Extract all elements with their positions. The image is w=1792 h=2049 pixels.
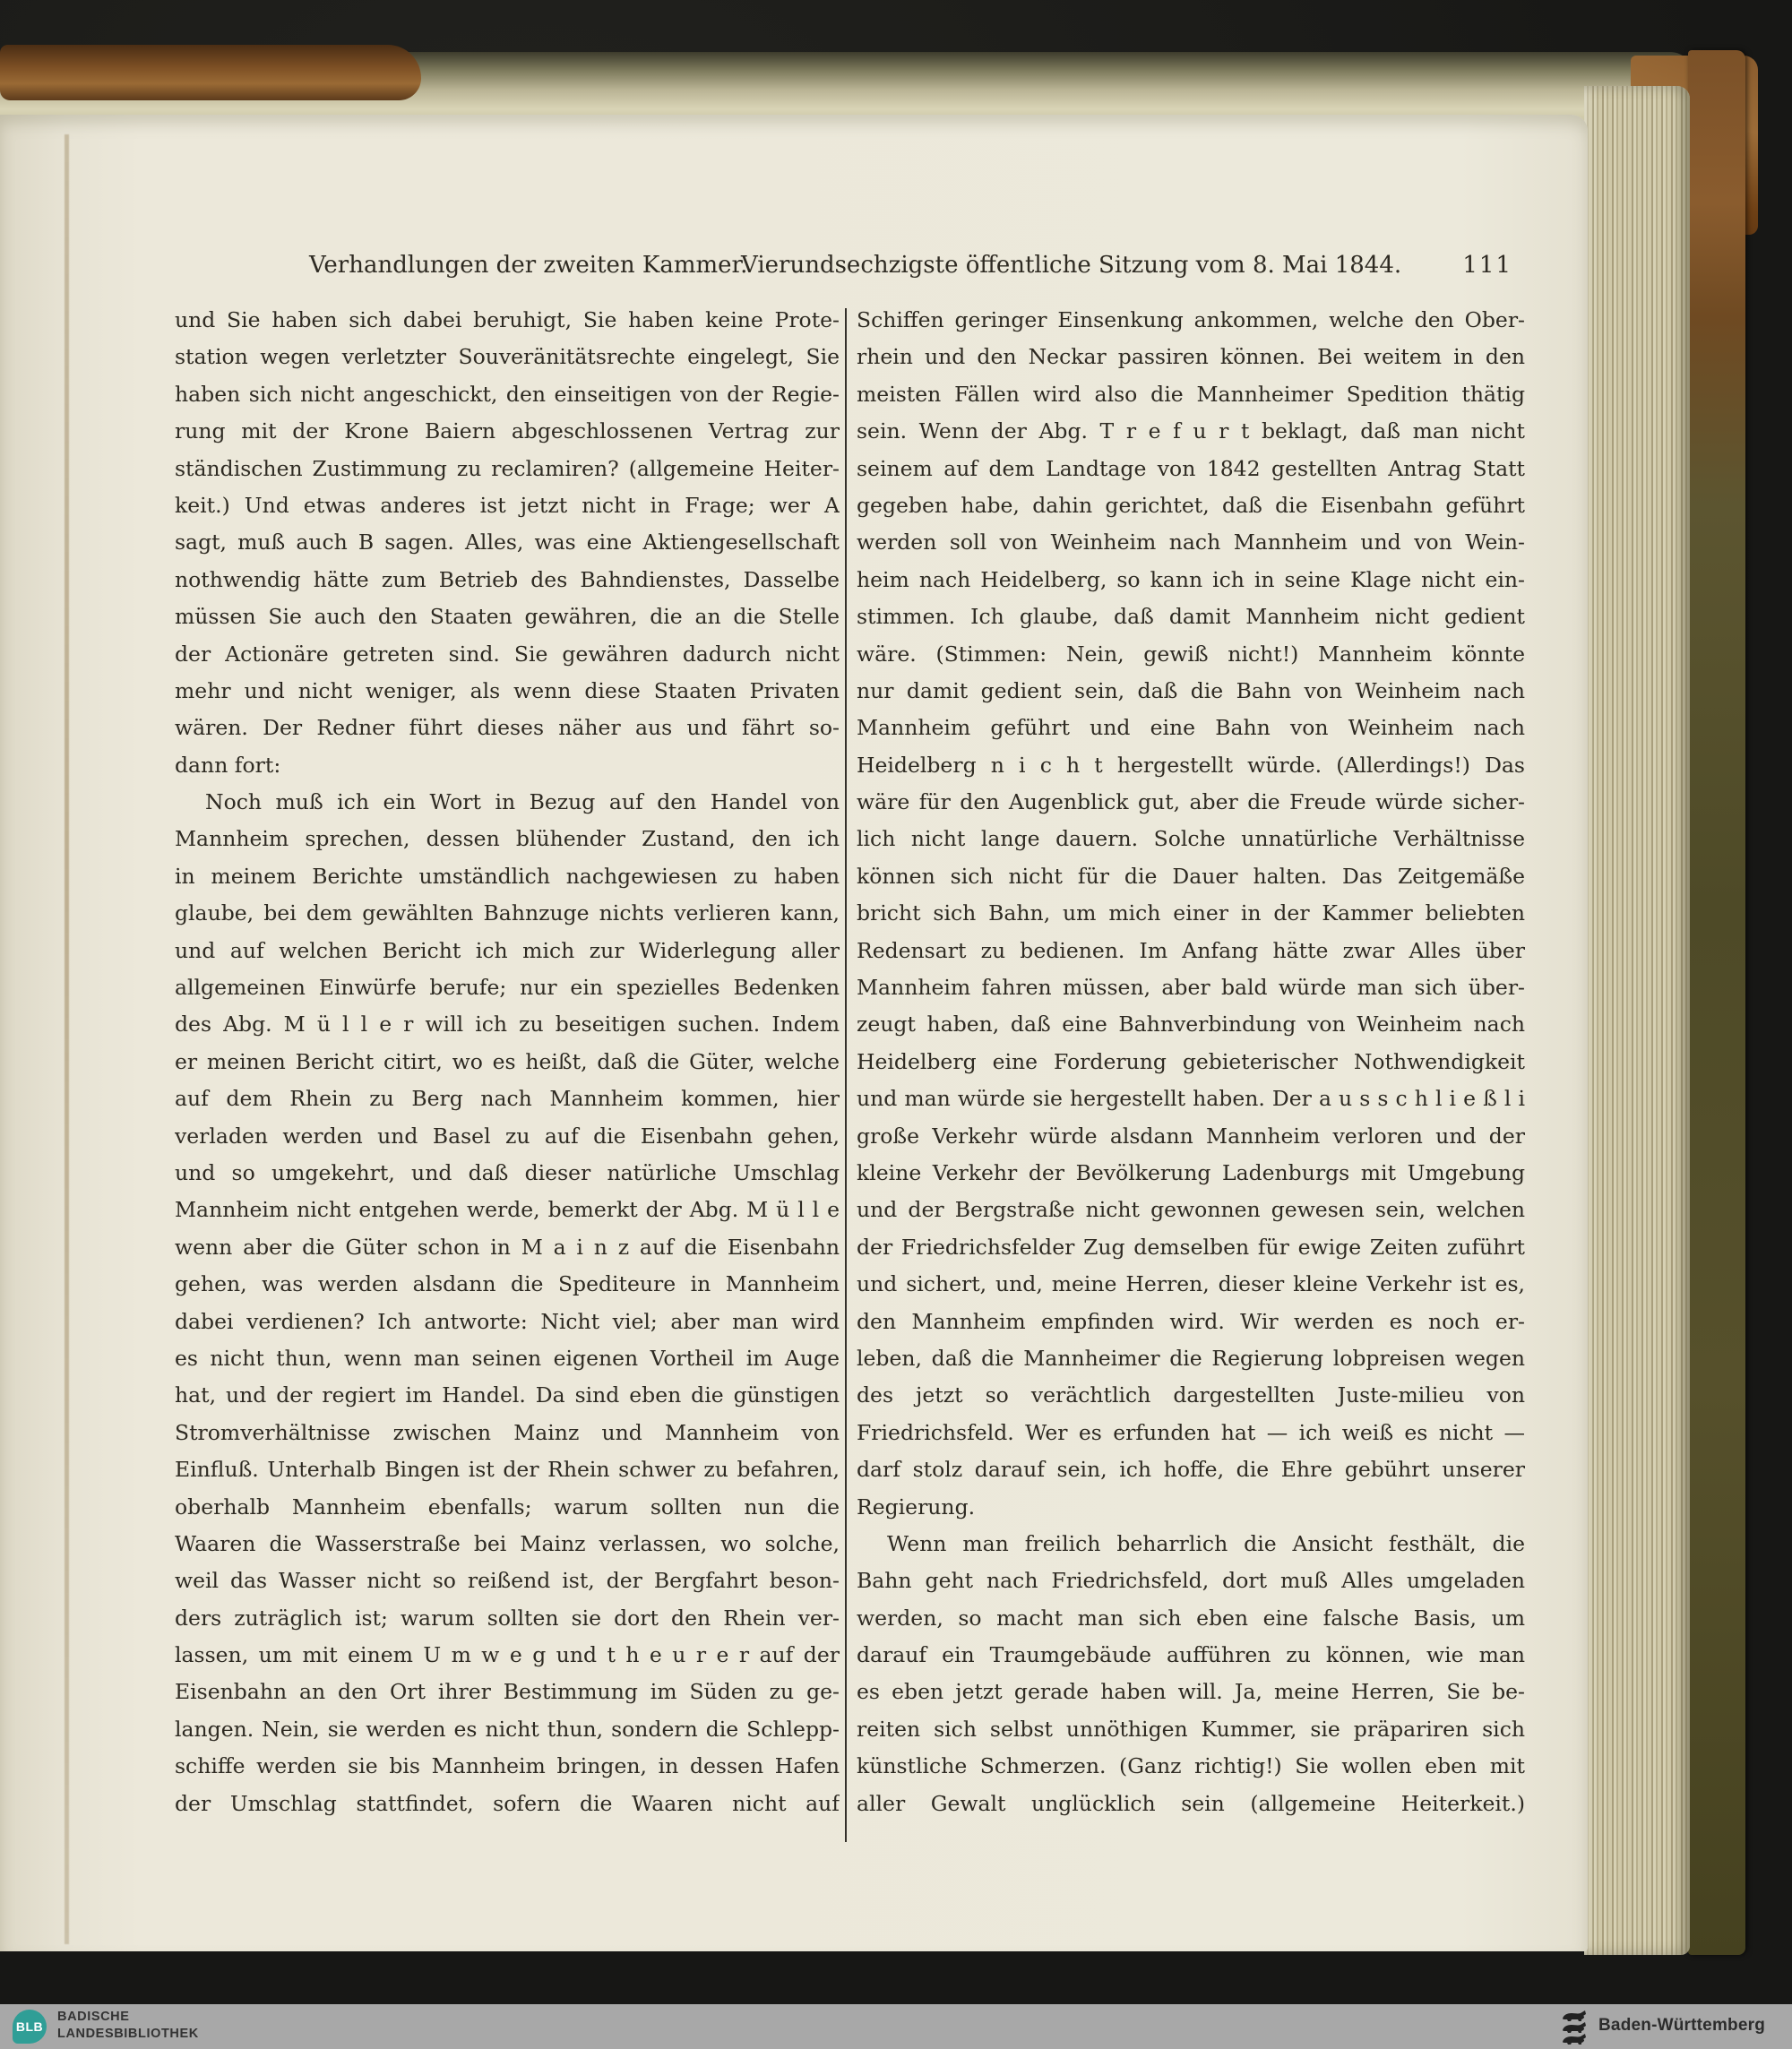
text-line: glaube, bei dem gewählten Bahnzuge nicht… (175, 895, 840, 932)
text-line: lich nicht lange dauern. Solche unnatürl… (857, 821, 1525, 857)
text-line: ders zuträglich ist; warum sollten sie d… (175, 1600, 840, 1637)
text-line: der Friedrichsfelder Zug demselben für e… (857, 1229, 1525, 1266)
text-line: heim nach Heidelberg, so kann ich in sei… (857, 562, 1525, 598)
right-text-column: Schiffen geringer Einsenkung ankommen, w… (857, 302, 1525, 1822)
text-line: allgemeinen Einwürfe berufe; nur ein spe… (175, 969, 840, 1006)
header-session-title: Vierundsechzigste öffentliche Sitzung vo… (741, 252, 1401, 279)
book-spine-leather (0, 45, 421, 100)
text-line: in meinem Berichte umständlich nachgewie… (175, 858, 840, 895)
text-line: Einfluß. Unterhalb Bingen ist der Rhein … (175, 1451, 840, 1488)
text-line: werden, so macht man sich eben eine fals… (857, 1600, 1525, 1637)
text-line: kleine Verkehr der Bevölkerung Ladenburg… (857, 1155, 1525, 1192)
book-fore-edge (1584, 86, 1690, 1955)
text-line: keit.) Und etwas anderes ist jetzt nicht… (175, 487, 840, 524)
text-line: Mannheim geführt und eine Bahn von Weinh… (857, 710, 1525, 746)
text-line: es eben jetzt gerade haben will. Ja, mei… (857, 1674, 1525, 1710)
text-line: Waaren die Wasserstraße bei Mainz verlas… (175, 1526, 840, 1563)
text-line: haben sich nicht angeschickt, den einsei… (175, 376, 840, 413)
text-line: seinem auf dem Landtage von 1842 gestell… (857, 451, 1525, 487)
library-name: BADISCHE LANDESBIBLIOTHEK (57, 2009, 199, 2043)
text-line: und so umgekehrt, und daß dieser natürli… (175, 1155, 840, 1192)
text-line: er meinen Bericht citirt, wo es heißt, d… (175, 1044, 840, 1080)
blb-logo: BLB (13, 2010, 47, 2044)
text-line: künstliche Schmerzen. (Ganz richtig!) Si… (857, 1748, 1525, 1785)
text-line: Heidelberg n i c h t hergestellt würde. … (857, 747, 1525, 784)
header-chamber-title: Verhandlungen der zweiten Kammer. (309, 252, 747, 279)
text-line: den Mannheim empfinden wird. Wir werden … (857, 1304, 1525, 1340)
text-line: weil das Wasser nicht so reißend ist, de… (175, 1563, 840, 1599)
text-line: aller Gewalt unglücklich sein (allgemein… (857, 1786, 1525, 1822)
text-line: Wenn man freilich beharrlich die Ansicht… (857, 1526, 1525, 1563)
text-line: hat, und der regiert im Handel. Da sind … (175, 1377, 840, 1414)
column-divider-rule (845, 308, 847, 1842)
text-line: schiffe werden sie bis Mannheim bringen,… (175, 1748, 840, 1785)
text-line: darf stolz darauf sein, ich hoffe, die E… (857, 1451, 1525, 1488)
text-line: müssen Sie auch den Staaten gewähren, di… (175, 598, 840, 635)
text-line: und Sie haben sich dabei beruhigt, Sie h… (175, 302, 840, 339)
text-line: wenn aber die Güter schon in M a i n z a… (175, 1229, 840, 1266)
text-line: wären. Der Redner führt dieses näher aus… (175, 710, 840, 746)
library-name-line2: LANDESBIBLIOTHEK (57, 2026, 199, 2043)
text-line: Eisenbahn an den Ort ihrer Bestimmung im… (175, 1674, 840, 1710)
text-line: und man würde sie hergestellt haben. Der… (857, 1080, 1525, 1117)
text-line: meisten Fällen wird also die Mannheimer … (857, 376, 1525, 413)
digitized-book-viewer: { "page": { "header": { "left": "Verhand… (0, 0, 1792, 2049)
text-line: Redensart zu bedienen. Im Anfang hätte z… (857, 933, 1525, 969)
state-name: Baden-Württemberg (1598, 2016, 1765, 2036)
library-name-line1: BADISCHE (57, 2009, 199, 2026)
library-footer-bar: BLB BADISCHE LANDESBIBLIOTHEK Baden-Würt… (0, 2004, 1792, 2049)
text-line: Mannheim nicht entgehen werde, bemerkt d… (175, 1192, 840, 1228)
text-line: des jetzt so verächtlich dargestellten J… (857, 1377, 1525, 1414)
text-line: oberhalb Mannheim ebenfalls; warum sollt… (175, 1489, 840, 1526)
text-line: werden soll von Weinheim nach Mannheim u… (857, 524, 1525, 561)
text-line: nothwendig hätte zum Betrieb des Bahndie… (175, 562, 840, 598)
text-line: wäre für den Augenblick gut, aber die Fr… (857, 784, 1525, 821)
text-line: verladen werden und Basel zu auf die Eis… (175, 1118, 840, 1155)
text-line: auf dem Rhein zu Berg nach Mannheim komm… (175, 1080, 840, 1117)
text-line: ständischen Zustimmung zu reclamiren? (a… (175, 451, 840, 487)
page-gutter-crease (65, 134, 69, 1944)
text-line: stimmen. Ich glaube, daß damit Mannheim … (857, 598, 1525, 635)
text-line: können sich nicht für die Dauer halten. … (857, 858, 1525, 895)
left-text-column: und Sie haben sich dabei beruhigt, Sie h… (175, 302, 840, 1822)
text-line: Schiffen geringer Einsenkung ankommen, w… (857, 302, 1525, 339)
text-line: rung mit der Krone Baiern abgeschlossene… (175, 413, 840, 450)
text-line: Mannheim fahren müssen, aber bald würde … (857, 969, 1525, 1006)
text-line: gegeben habe, dahin gerichtet, daß die E… (857, 487, 1525, 524)
text-line: dann fort: (175, 747, 840, 784)
text-line: Noch muß ich ein Wort in Bezug auf den H… (175, 784, 840, 821)
text-line: mehr und nicht weniger, als wenn diese S… (175, 673, 840, 710)
text-line: langen. Nein, sie werden es nicht thun, … (175, 1711, 840, 1748)
text-line: große Verkehr würde alsdann Mannheim ver… (857, 1118, 1525, 1155)
text-line: der Actionäre getreten sind. Sie gewähre… (175, 636, 840, 673)
text-line: Heidelberg eine Forderung gebieterischer… (857, 1044, 1525, 1080)
text-line: und sichert, und, meine Herren, dieser k… (857, 1266, 1525, 1303)
text-line: und der Bergstraße nicht gewonnen gewese… (857, 1192, 1525, 1228)
book-cover-board (1688, 50, 1745, 1955)
baden-wuerttemberg-coat-of-arms-icon (1561, 2009, 1591, 2045)
text-line: Stromverhältnisse zwischen Mainz und Man… (175, 1415, 840, 1451)
text-line: leben, daß die Mannheimer die Regierung … (857, 1340, 1525, 1377)
text-line: darauf ein Traumgebäude aufführen zu kön… (857, 1637, 1525, 1674)
text-line: sagt, muß auch B sagen. Alles, was eine … (175, 524, 840, 561)
text-line: rhein und den Neckar passiren können. Be… (857, 339, 1525, 375)
text-line: Mannheim sprechen, dessen blühender Zust… (175, 821, 840, 857)
text-line: reiten sich selbst unnöthigen Kummer, si… (857, 1711, 1525, 1748)
text-line: station wegen verletzter Souveränitätsre… (175, 339, 840, 375)
text-line: es nicht thun, wenn man seinen eigenen V… (175, 1340, 840, 1377)
text-line: Friedrichsfeld. Wer es erfunden hat — ic… (857, 1415, 1525, 1451)
text-line: Regierung. (857, 1489, 1525, 1526)
text-line: wäre. (Stimmen: Nein, gewiß nicht!) Mann… (857, 636, 1525, 673)
text-line: des Abg. M ü l l e r will ich zu beseiti… (175, 1006, 840, 1043)
text-line: gehen, was werden alsdann die Spediteure… (175, 1266, 840, 1303)
text-line: der Umschlag stattfindet, sofern die Waa… (175, 1786, 840, 1822)
text-line: sein. Wenn der Abg. T r e f u r t beklag… (857, 413, 1525, 450)
text-line: lassen, um mit einem U m w e g und t h e… (175, 1637, 840, 1674)
page-number: 111 (1462, 252, 1512, 279)
text-line: nur damit gedient sein, daß die Bahn von… (857, 673, 1525, 710)
text-line: zeugt haben, daß eine Bahnverbindung von… (857, 1006, 1525, 1043)
text-line: Bahn geht nach Friedrichsfeld, dort muß … (857, 1563, 1525, 1599)
text-line: und auf welchen Bericht ich mich zur Wid… (175, 933, 840, 969)
page-header: Verhandlungen der zweiten Kammer. Vierun… (175, 252, 1523, 286)
text-line: bricht sich Bahn, um mich einer in der K… (857, 895, 1525, 932)
text-line: dabei verdienen? Ich antworte: Nicht vie… (175, 1304, 840, 1340)
